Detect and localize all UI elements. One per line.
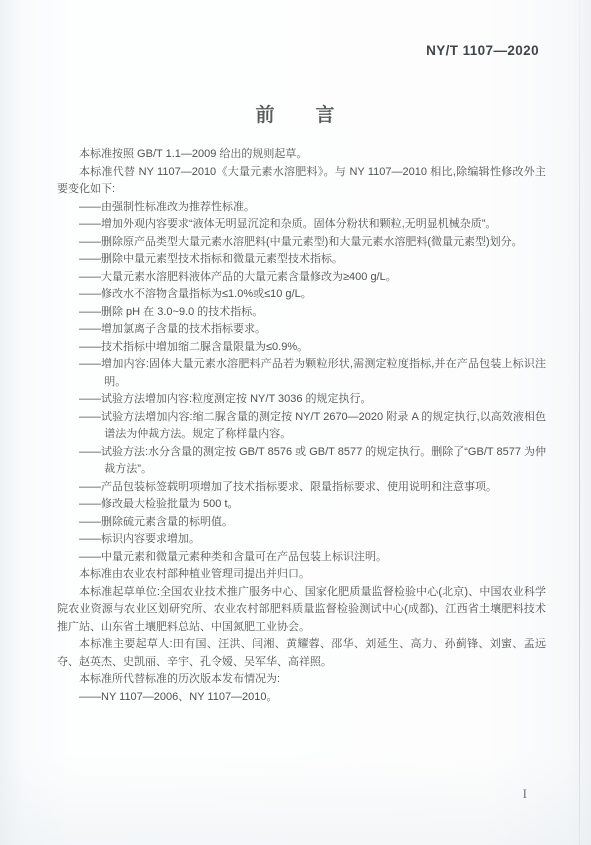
change-list-item: ——由强制性标准改为推荐性标准。 bbox=[57, 199, 546, 217]
change-list-item: ——删除 pH 在 3.0~9.0 的技术指标。 bbox=[57, 304, 546, 322]
change-list-item: ——NY 1107—2006、NY 1107—2010。 bbox=[57, 689, 546, 707]
change-list-item: ——删除原产品类型大量元素水溶肥料(中量元素型)和大量元素水溶肥料(微量元素型)… bbox=[57, 234, 546, 252]
document-page: NY/T 1107—2020 前 言 本标准按照 GB/T 1.1—2009 给… bbox=[0, 0, 591, 845]
change-list-item: ——增加氯离子含量的技术指标要求。 bbox=[57, 321, 546, 339]
paragraph: 本标准由农业农村部种植业管理司提出并归口。 bbox=[57, 566, 546, 584]
standard-code: NY/T 1107—2020 bbox=[426, 43, 539, 58]
change-list-item: ——试验方法:水分含量的测定按 GB/T 8576 或 GB/T 8577 的规… bbox=[57, 444, 546, 479]
change-list-item: ——中量元素和微量元素种类和含量可在产品包装上标识注明。 bbox=[57, 549, 546, 567]
paragraph: 本标准主要起草人:田有国、汪洪、闫湘、黄耀蓉、邵华、刘延生、高力、孙蓟锋、刘蜜、… bbox=[57, 636, 546, 671]
paragraph: 本标准代替 NY 1107—2010《大量元素水溶肥料》。与 NY 1107—2… bbox=[57, 164, 546, 199]
change-list-item: ——删除中量元素型技术指标和微量元素型技术指标。 bbox=[57, 251, 546, 269]
paragraph: 本标准所代替标准的历次版本发布情况为: bbox=[57, 671, 546, 689]
change-list-item: ——删除硫元素含量的标明值。 bbox=[57, 514, 546, 532]
change-list-item: ——修改水不溶物含量指标为≤1.0%或≤10 g/L。 bbox=[57, 286, 546, 304]
change-list-item: ——产品包装标签载明项增加了技术指标要求、限量指标要求、使用说明和注意事项。 bbox=[57, 479, 546, 497]
change-list-item: ——试验方法增加内容:缩二脲含量的测定按 NY/T 2670—2020 附录 A… bbox=[57, 409, 546, 444]
paragraph: 本标准按照 GB/T 1.1—2009 给出的规则起草。 bbox=[57, 146, 546, 164]
page-title: 前 言 bbox=[0, 100, 591, 127]
change-list-item: ——技术指标中增加缩二脲含量限量为≤0.9%。 bbox=[57, 339, 546, 357]
document-body: 本标准按照 GB/T 1.1—2009 给出的规则起草。本标准代替 NY 110… bbox=[57, 146, 546, 706]
paragraph: 本标准起草单位:全国农业技术推广服务中心、国家化肥质量监督检验中心(北京)、中国… bbox=[57, 584, 546, 637]
page-number: I bbox=[523, 786, 527, 802]
change-list-item: ——增加内容:固体大量元素水溶肥料产品若为颗粒形状,需测定粒度指标,并在产品包装… bbox=[57, 356, 546, 391]
change-list-item: ——修改最大检验批量为 500 t。 bbox=[57, 496, 546, 514]
change-list-item: ——大量元素水溶肥料液体产品的大量元素含量修改为≥400 g/L。 bbox=[57, 269, 546, 287]
change-list-item: ——增加外观内容要求“液体无明显沉淀和杂质。固体分粉状和颗粒,无明显机械杂质”。 bbox=[57, 216, 546, 234]
change-list-item: ——试验方法增加内容:粒度测定按 NY/T 3036 的规定执行。 bbox=[57, 391, 546, 409]
change-list-item: ——标识内容要求增加。 bbox=[57, 531, 546, 549]
